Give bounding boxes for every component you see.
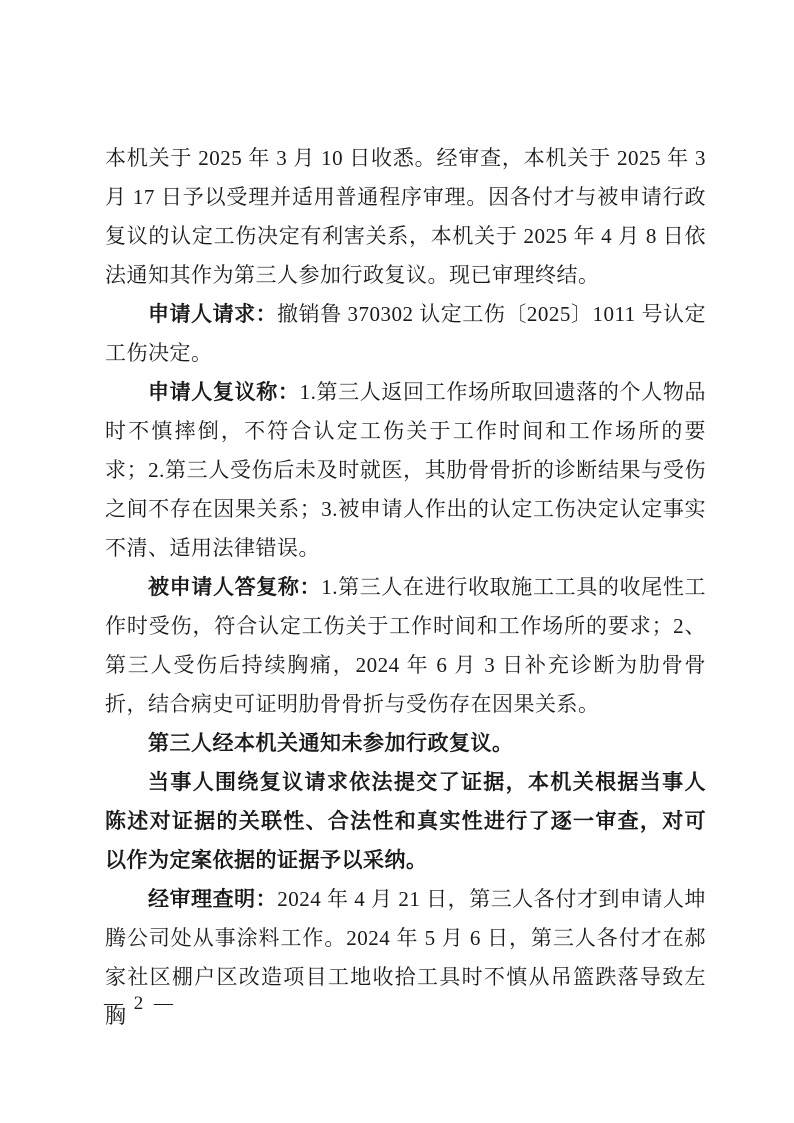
bold-text-segment: 申请人请求： <box>148 303 277 326</box>
page-footer: — 2 — <box>104 992 176 1016</box>
bold-text-segment: 经审理查明： <box>148 888 277 911</box>
paragraph: 第三人经本机关通知未参加行政复议。 <box>105 724 706 763</box>
paragraph: 被申请人答复称：1.第三人在进行收取施工工具的收尾性工作时受伤，符合认定工伤关于… <box>105 568 706 724</box>
paragraph: 当事人围绕复议请求依法提交了证据，本机关根据当事人陈述对证据的关联性、合法性和真… <box>105 763 706 880</box>
document-page: 本机关于 2025 年 3 月 10 日收悉。经审查，本机关于 2025 年 3… <box>0 0 794 1123</box>
paragraph: 经审理查明：2024 年 4 月 21 日，第三人各付才到申请人坤腾公司处从事涂… <box>105 880 706 1036</box>
bold-text-segment: 当事人围绕复议请求依法提交了证据，本机关根据当事人陈述对证据的关联性、合法性和真… <box>105 771 706 872</box>
text-segment: 1.第三人返回工作场所取回遗落的个人物品时不慎摔倒，不符合认定工伤关于工作时间和… <box>105 380 706 560</box>
paragraph: 本机关于 2025 年 3 月 10 日收悉。经审查，本机关于 2025 年 3… <box>105 139 706 295</box>
bold-text-segment: 申请人复议称： <box>148 381 300 404</box>
page-number: — 2 — <box>104 993 176 1014</box>
bold-text-segment: 第三人经本机关通知未参加行政复议。 <box>148 732 514 755</box>
paragraph: 申请人请求：撤销鲁 370302 认定工伤〔2025〕1011 号认定工伤决定。 <box>105 295 706 373</box>
paragraph: 申请人复议称：1.第三人返回工作场所取回遗落的个人物品时不慎摔倒，不符合认定工伤… <box>105 373 706 568</box>
bold-text-segment: 被申请人答复称： <box>148 576 321 599</box>
text-segment: 本机关于 2025 年 3 月 10 日收悉。经审查，本机关于 2025 年 3… <box>105 146 706 287</box>
document-body: 本机关于 2025 年 3 月 10 日收悉。经审查，本机关于 2025 年 3… <box>105 139 706 1036</box>
